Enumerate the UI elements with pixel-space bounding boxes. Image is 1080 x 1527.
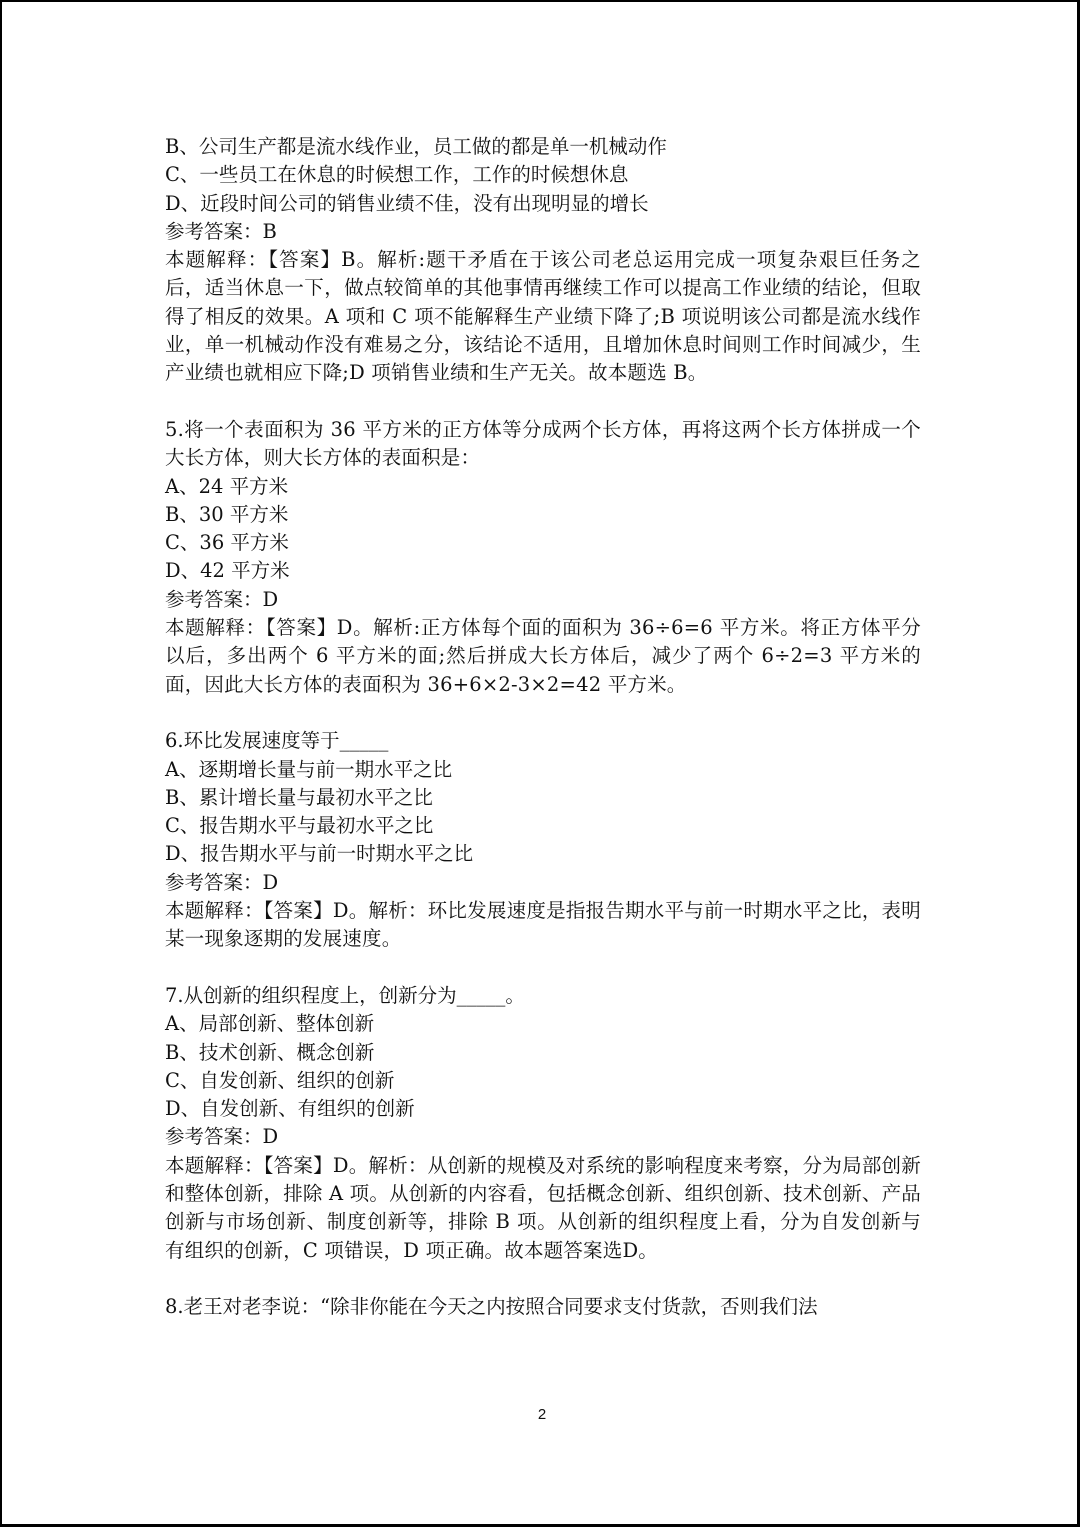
option-a: A、24 平方米 (165, 473, 921, 501)
question-stem: 6.环比发展速度等于_____ (165, 727, 921, 755)
question-stem: 5.将一个表面积为 36 平方米的正方体等分成两个长方体，再将这两个长方体拼成一… (165, 416, 921, 473)
question-6: 6.环比发展速度等于_____ A、逐期增长量与前一期水平之比 B、累计增长量与… (165, 727, 921, 953)
reference-answer: 参考答案：B (165, 218, 921, 246)
spacer (165, 388, 921, 416)
document-page: B、公司生产都是流水线作业，员工做的都是单一机械动作 C、一些员工在休息的时候想… (0, 0, 1080, 1527)
option-c: C、报告期水平与最初水平之比 (165, 812, 921, 840)
option-a: A、逐期增长量与前一期水平之比 (165, 756, 921, 784)
option-a: A、局部创新、整体创新 (165, 1010, 921, 1038)
option-b: B、公司生产都是流水线作业，员工做的都是单一机械动作 (165, 133, 921, 161)
question-stem: 7.从创新的组织程度上，创新分为_____。 (165, 982, 921, 1010)
option-c: C、36 平方米 (165, 529, 921, 557)
reference-answer: 参考答案：D (165, 869, 921, 897)
spacer (165, 1265, 921, 1293)
option-c: C、自发创新、组织的创新 (165, 1067, 921, 1095)
option-b: B、累计增长量与最初水平之比 (165, 784, 921, 812)
question-7: 7.从创新的组织程度上，创新分为_____。 A、局部创新、整体创新 B、技术创… (165, 982, 921, 1265)
option-b: B、技术创新、概念创新 (165, 1039, 921, 1067)
answer-explanation: 本题解释：【答案】D。解析：从创新的规模及对系统的影响程度来考察，分为局部创新和… (165, 1152, 921, 1265)
answer-explanation: 本题解释：【答案】D。解析：环比发展速度是指报告期水平与前一时期水平之比，表明某… (165, 897, 921, 954)
reference-answer: 参考答案：D (165, 586, 921, 614)
spacer (165, 954, 921, 982)
question-8: 8.老王对老李说：“除非你能在今天之内按照合同要求支付货款，否则我们法 (165, 1293, 921, 1321)
spacer (165, 699, 921, 727)
option-d: D、自发创新、有组织的创新 (165, 1095, 921, 1123)
option-b: B、30 平方米 (165, 501, 921, 529)
answer-explanation: 本题解释：【答案】B。解析:题干矛盾在于该公司老总运用完成一项复杂艰巨任务之后，… (165, 246, 921, 387)
page-number: 2 (534, 1403, 550, 1427)
option-d: D、42 平方米 (165, 557, 921, 585)
option-d: D、近段时间公司的销售业绩不佳，没有出现明显的增长 (165, 190, 921, 218)
option-d: D、报告期水平与前一时期水平之比 (165, 840, 921, 868)
reference-answer: 参考答案：D (165, 1123, 921, 1151)
question-5: 5.将一个表面积为 36 平方米的正方体等分成两个长方体，再将这两个长方体拼成一… (165, 416, 921, 699)
page-content: B、公司生产都是流水线作业，员工做的都是单一机械动作 C、一些员工在休息的时候想… (165, 133, 921, 1321)
question-4-tail: B、公司生产都是流水线作业，员工做的都是单一机械动作 C、一些员工在休息的时候想… (165, 133, 921, 388)
answer-explanation: 本题解释：【答案】D。解析:正方体每个面的面积为 36÷6=6 平方米。将正方体… (165, 614, 921, 699)
option-c: C、一些员工在休息的时候想工作，工作的时候想休息 (165, 161, 921, 189)
question-stem: 8.老王对老李说：“除非你能在今天之内按照合同要求支付货款，否则我们法 (165, 1293, 921, 1321)
